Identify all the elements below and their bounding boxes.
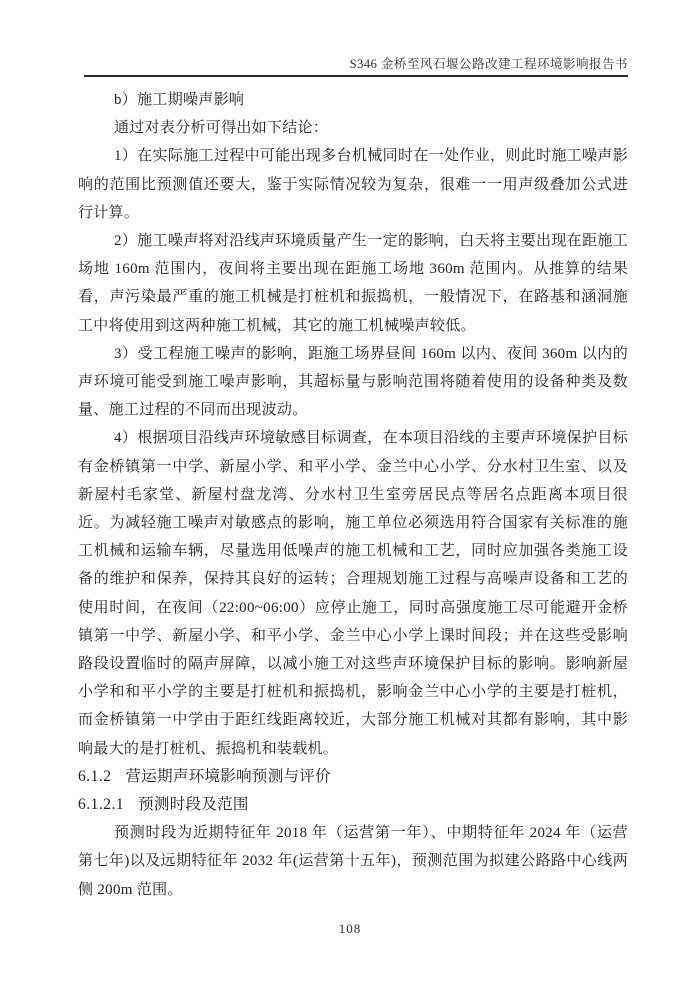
section-heading-6-1-2-1: 6.1.2.1预测时段及范围: [78, 791, 628, 819]
section-title: 营运期声环境影响预测与评价: [126, 768, 331, 785]
section-number: 6.1.2: [78, 768, 112, 785]
report-title: S346 金桥至风石堰公路改建工程环境影响报告书: [84, 54, 628, 72]
paragraph-conclusion-2: 2）施工噪声将对沿线声环境质量产生一定的影响，白天将主要出现在距施工场地 160…: [78, 227, 628, 340]
page-number: 108: [339, 921, 362, 936]
section-heading-6-1-2: 6.1.2营运期声环境影响预测与评价: [78, 763, 628, 791]
page-footer: 108: [0, 920, 700, 938]
paragraph-conclusion-intro: 通过对表分析可得出如下结论：: [78, 114, 628, 142]
paragraph-conclusion-3: 3）受工程施工噪声的影响，距施工场界昼间 160m 以内、夜间 360m 以内的…: [78, 340, 628, 425]
section-number: 6.1.2.1: [78, 796, 124, 813]
document-content: b）施工期噪声影响 通过对表分析可得出如下结论： 1）在实际施工过程中可能出现多…: [78, 86, 628, 904]
page-header: S346 金桥至风石堰公路改建工程环境影响报告书: [84, 54, 628, 77]
paragraph-construction-noise-heading: b）施工期噪声影响: [78, 86, 628, 114]
paragraph-conclusion-1: 1）在实际施工过程中可能出现多台机械同时在一处作业，则此时施工噪声影响的范围比预…: [78, 142, 628, 227]
document-page: S346 金桥至风石堰公路改建工程环境影响报告书 b）施工期噪声影响 通过对表分…: [0, 0, 700, 990]
paragraph-prediction-period: 预测时段为近期特征年 2018 年（运营第一年）、中期特征年 2024 年（运营…: [78, 819, 628, 904]
paragraph-conclusion-4: 4）根据项目沿线声环境敏感目标调查，在本项目沿线的主要声环境保护目标有金桥镇第一…: [78, 424, 628, 762]
section-title: 预测时段及范围: [138, 796, 249, 813]
